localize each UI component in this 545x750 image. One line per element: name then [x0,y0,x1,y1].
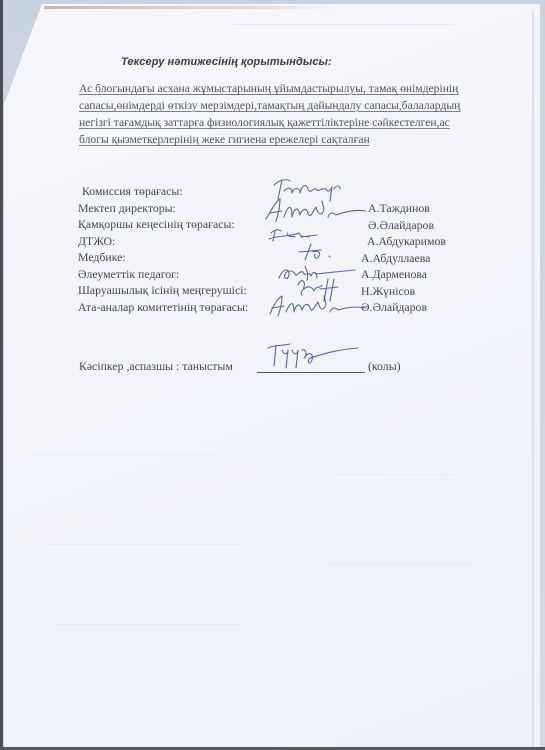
commission-roles: Комиссия төрағасы: Мектеп директоры: Қам… [78,183,248,315]
page-edge-top [44,6,344,9]
role-label: Мектеп директоры: [78,200,248,217]
member-name: А.Дарменова [357,266,446,283]
signature-board-chair [262,195,372,225]
show-through-line [34,454,214,455]
signature-cook [262,340,372,372]
role-label: Қамқоршы кеңесінің төрағасы: [78,216,248,233]
acknowledgement-label: Кәсіпкер ,аспазшы : таныстым [79,359,233,374]
conclusion-paragraph: Ас блогындағы асхана жұмыстарының ұйымда… [79,80,519,148]
role-label: Әлеуметтік педагог: [78,266,248,283]
role-label: Медбике: [78,249,248,266]
show-through-line [324,564,474,565]
show-through-line [334,474,454,475]
conclusion-line: Ас блогындағы асхана жұмыстарының ұйымда… [79,80,519,97]
show-through-line [234,24,454,25]
page-edge-right [532,10,534,748]
signature-nurse [295,242,345,264]
conclusion-line: сапасы,өнімдерді өткізу мерзімдері,тамақ… [79,97,519,114]
role-label: Ата-аналар комитетінің төрағасы: [78,299,248,316]
scan-edge-left [0,0,3,750]
document-title: Тексеру нәтижесінің қорытындысы: [121,56,332,68]
signature-note: (колы) [368,359,401,374]
signature-line [257,372,365,373]
show-through-line [54,624,244,625]
conclusion-line: блогы қызметкерлерінің жеке гигиена ереж… [79,131,519,148]
show-through-line [44,544,244,545]
role-label: Шаруашылық ісінің меңгерушісі: [78,282,248,299]
member-name: А.Абдукаримов [357,233,446,250]
member-name: А.Абдуллаева [357,250,446,267]
commission-heading: Комиссия төрағасы: [78,183,248,200]
role-label: ДТЖО: [78,233,248,250]
conclusion-line: негізгі тағамдық заттарға физиологиялық … [79,114,519,131]
signature-parent-committee-chair [266,292,376,318]
